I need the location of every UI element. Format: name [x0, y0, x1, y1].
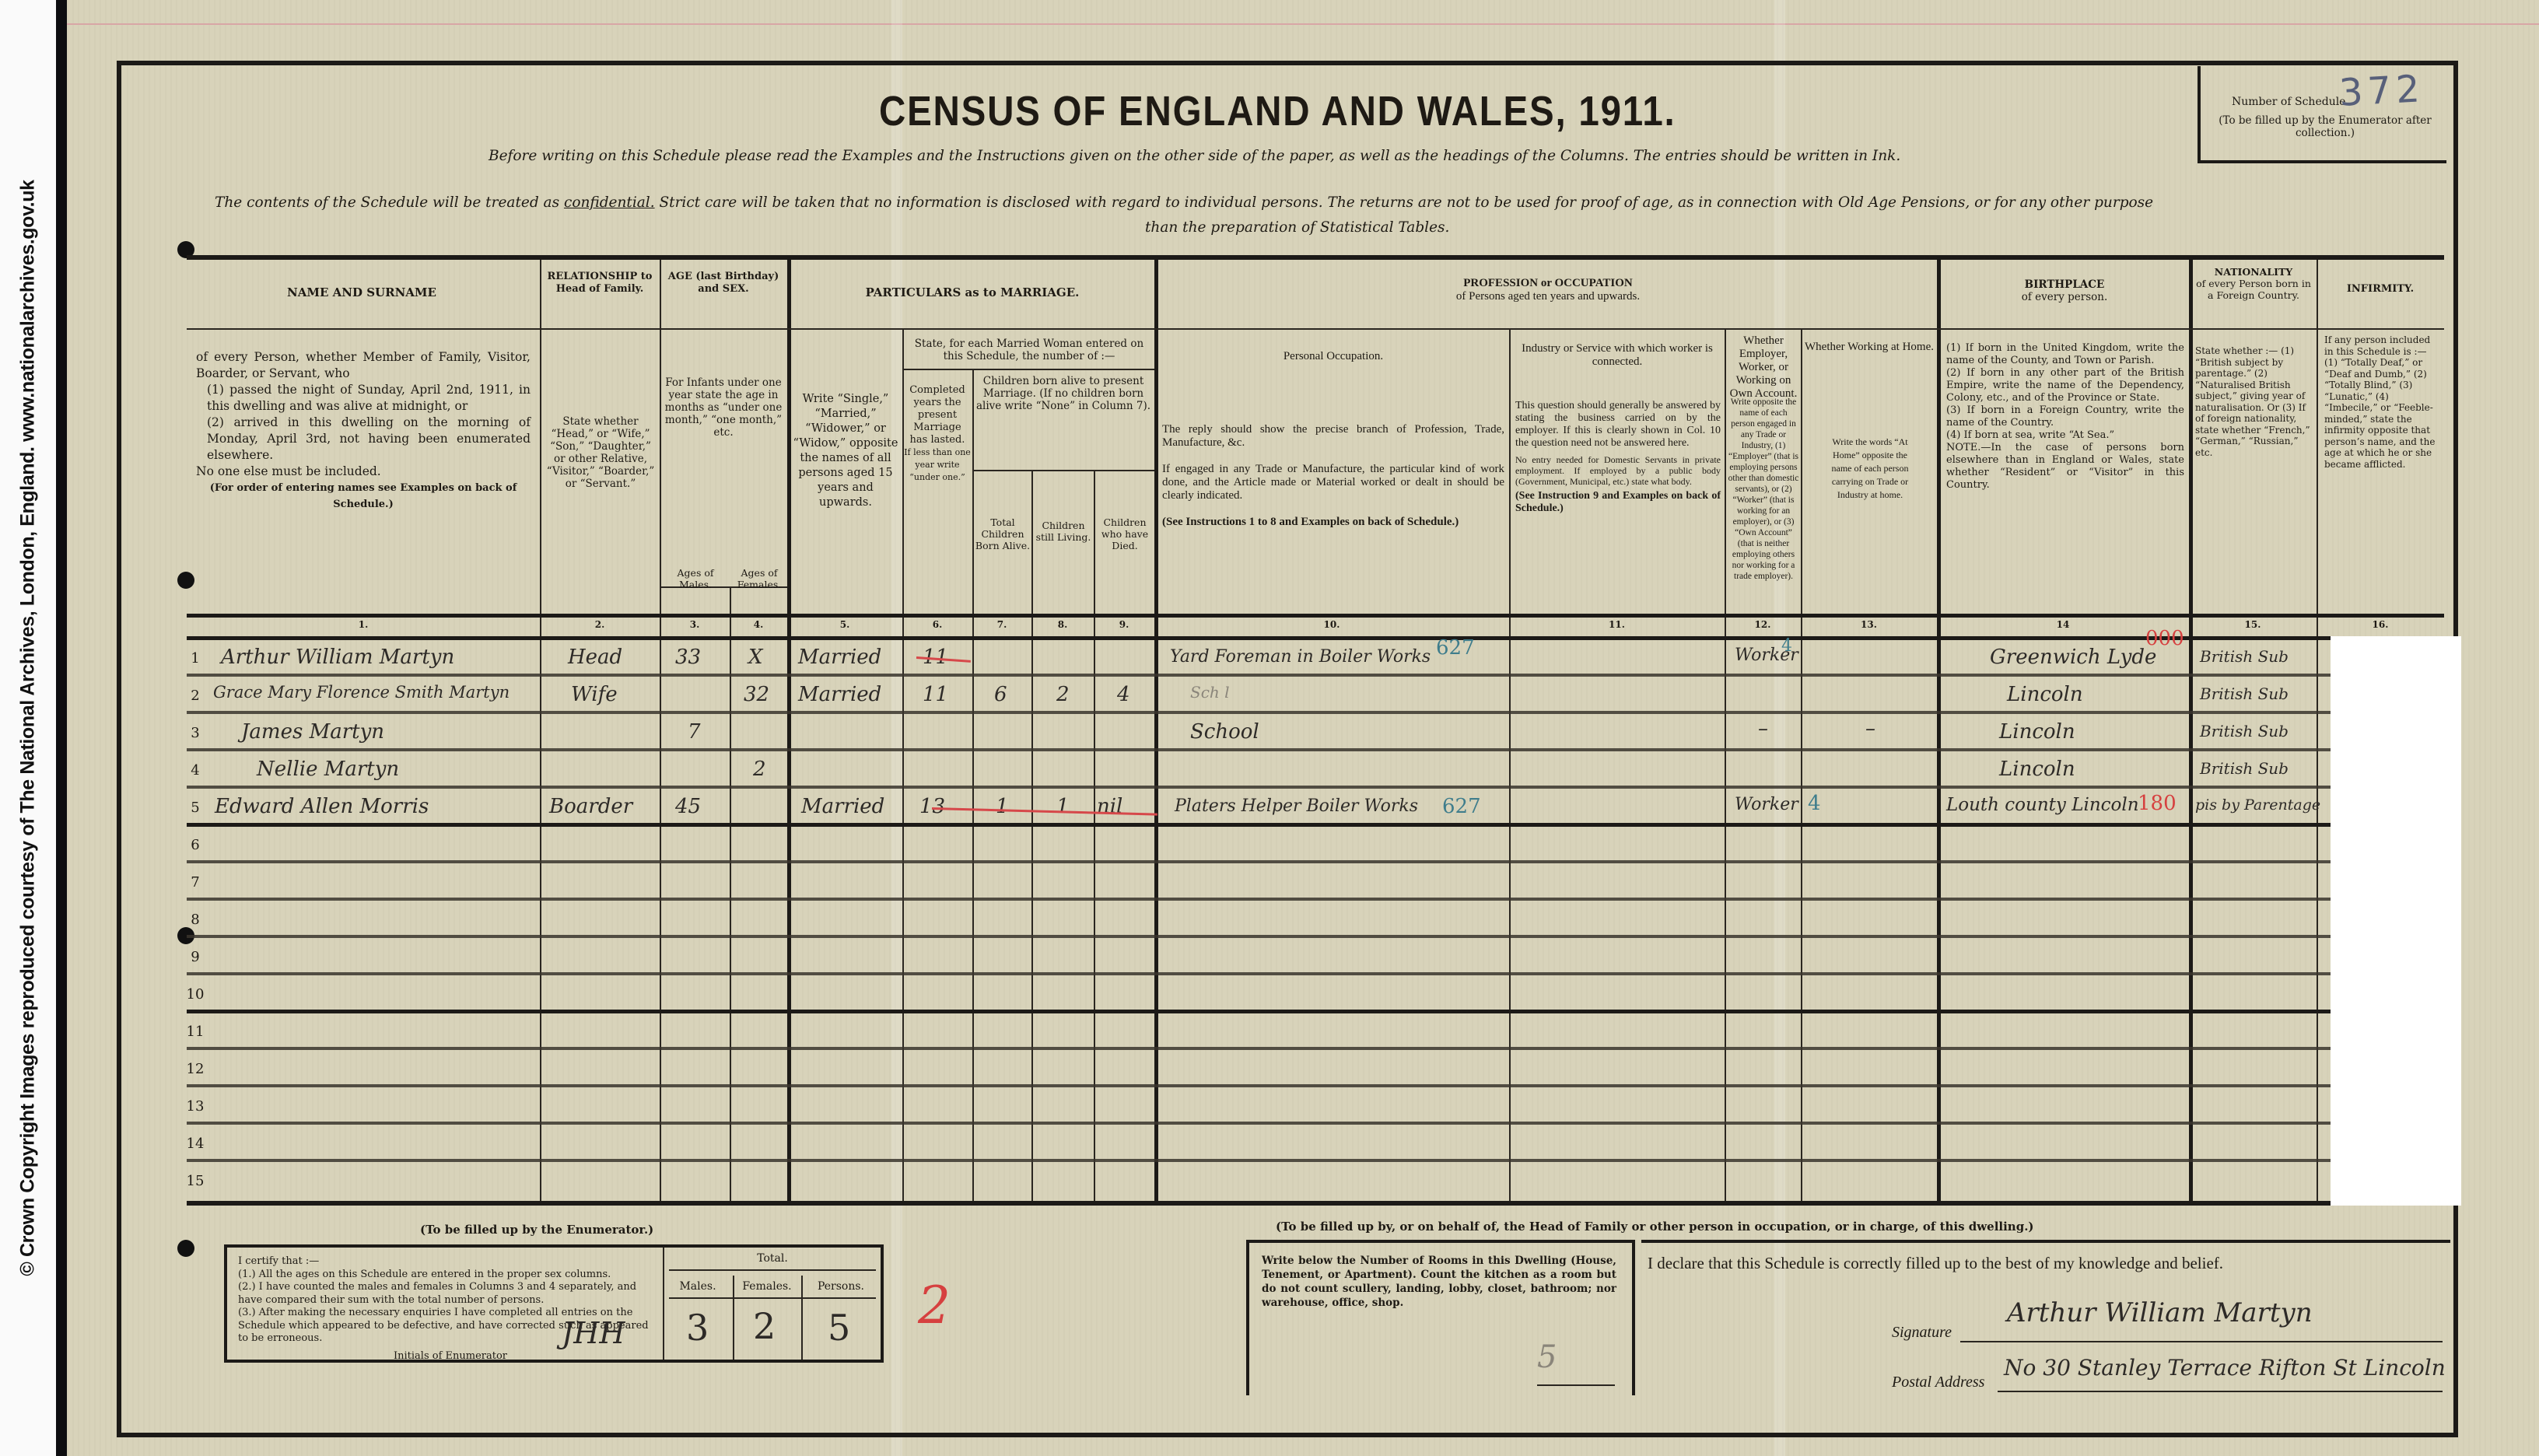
birthplace: Lincoln — [1999, 720, 2075, 744]
enumerator-initials: JHH — [562, 1316, 625, 1350]
total-males: 3 — [686, 1307, 709, 1349]
schedule-number-value: 372 — [2338, 67, 2425, 115]
person-name: James Martyn — [241, 720, 384, 744]
postal-address-label: Postal Address — [1892, 1374, 1984, 1391]
age-female: X — [748, 646, 763, 669]
col-number: 3. — [660, 619, 730, 630]
employment-code: 4 — [1808, 792, 1821, 815]
col-number: 10. — [1154, 619, 1509, 630]
children-died: 4 — [1117, 683, 1130, 706]
col-infirmity-body: If any person included in this Schedule … — [2324, 334, 2438, 470]
census-table: NAME AND SURNAME of every Person, whethe… — [187, 255, 2444, 1206]
col-children-group: Children born alive to present Marriage.… — [975, 375, 1151, 412]
rooms-instruction: Write below the Number of Rooms in this … — [1262, 1254, 1616, 1310]
col-infirmity-title: INFIRMITY. — [2320, 283, 2441, 296]
age-female: 32 — [744, 683, 769, 706]
children-living: 2 — [1056, 683, 1070, 706]
pink-rule — [67, 23, 2539, 25]
col-number: 6. — [902, 619, 972, 630]
col-number: 9. — [1094, 619, 1154, 630]
col-marriage-condition: Write “Single,” “Married,” “Widower,” or… — [790, 392, 901, 510]
col-home: Whether Working at Home. — [1803, 341, 1935, 354]
copyright-strip: © Crown Copyright Images reproduced cour… — [0, 0, 56, 1456]
person-name: Edward Allen Morris — [215, 795, 429, 818]
col-birthplace-title: BIRTHPLACEof every person. — [1942, 278, 2187, 303]
occupation-code: 627 — [1442, 795, 1481, 818]
employment-code: 4 — [1781, 636, 1792, 656]
person-name: Nellie Martyn — [257, 758, 399, 781]
nationality: British Sub — [2200, 722, 2289, 740]
relationship: Head — [568, 646, 622, 669]
children-born-alive: 1 — [996, 795, 1009, 818]
occupation: Sch l — [1190, 683, 1230, 702]
row-number: 11 — [184, 1024, 207, 1040]
occupation: Platers Helper Boiler Works — [1175, 796, 1418, 816]
row-number: 12 — [184, 1061, 207, 1077]
col-number: 12. — [1725, 619, 1801, 630]
postal-address: No 30 Stanley Terrace Rifton St Lincoln — [2004, 1355, 2446, 1381]
col-number: 4. — [730, 619, 787, 630]
row-number: 3 — [184, 725, 207, 741]
col-number: 16. — [2317, 619, 2444, 630]
col-home-body: Write the words “At Home” opposite the n… — [1830, 436, 1910, 502]
person-name: Arthur William Martyn — [221, 646, 454, 669]
rooms-count: 5 — [1537, 1339, 1557, 1375]
col-age-males: Ages of Males. — [663, 567, 728, 590]
children-born-alive: 6 — [994, 683, 1007, 706]
age-female: 2 — [753, 758, 766, 781]
confidential-pre: The contents of the Schedule will be tre… — [215, 194, 564, 211]
relationship: Boarder — [549, 795, 632, 818]
employment-status: – — [1758, 717, 1768, 740]
col-name-body: of every Person, whether Member of Famil… — [196, 349, 531, 513]
nationality: British Sub — [2200, 647, 2289, 666]
nationality: British Sub — [2200, 684, 2289, 703]
row-number: 14 — [184, 1136, 207, 1152]
birthplace-code: 180 — [2138, 792, 2177, 815]
confidential-notice: The contents of the Schedule will be tre… — [215, 194, 2153, 211]
col-personal-occupation: Personal Occupation. — [1159, 350, 1508, 363]
years-married: 11 — [923, 683, 948, 706]
marital-condition: Married — [798, 683, 881, 706]
col-employer-body: Write opposite the name of each person e… — [1727, 397, 1800, 582]
col-personal-body: The reply should show the precise branch… — [1162, 423, 1504, 529]
col-age-females: Ages of Females. — [731, 567, 787, 590]
row-number: 4 — [184, 762, 207, 779]
working-at-home: – — [1865, 717, 1875, 740]
col-industry: Industry or Service with which worker is… — [1512, 342, 1722, 369]
confidential-notice-line2: than the preparation of Statistical Tabl… — [1145, 219, 1449, 236]
person-name: Grace Mary Florence Smith Martyn — [213, 683, 510, 702]
total-label: Total. — [664, 1252, 881, 1265]
declaration-text: I declare that this Schedule is correctl… — [1648, 1254, 2223, 1273]
totals-panel: Total. Males. Females. Persons. 3 2 5 — [663, 1248, 881, 1360]
row-number: 5 — [184, 800, 207, 816]
schedule-number-box: Number of Schedule 372 (To be filled up … — [2198, 66, 2446, 163]
row-number: 13 — [184, 1098, 207, 1115]
col-number: 13. — [1801, 619, 1937, 630]
redacted-infirmity-column — [2331, 636, 2461, 1206]
col-name-title: NAME AND SURNAME — [233, 286, 490, 299]
page-title: CENSUS OF ENGLAND AND WALES, 1911. — [879, 87, 1676, 135]
total-persons: 5 — [828, 1307, 850, 1349]
birthplace: Lincoln — [2007, 683, 2083, 706]
head-of-family-heading: (To be filled up by, or on behalf of, th… — [1276, 1220, 2034, 1234]
nationality: British Sub — [2200, 759, 2289, 778]
row-number: 15 — [184, 1173, 207, 1189]
col-nationality-body: State whether :— (1) “British subject by… — [2195, 345, 2313, 458]
rooms-box: Write below the Number of Rooms in this … — [1246, 1240, 1635, 1395]
red-strike — [932, 807, 1157, 816]
col-number: 11. — [1509, 619, 1725, 630]
row-number: 8 — [184, 912, 207, 928]
males-label: Males. — [664, 1280, 731, 1293]
col-age-title: AGE (last Birthday) and SEX. — [663, 271, 784, 296]
col-number: 8. — [1031, 619, 1094, 630]
col-marriage-years: Completed years the present Marriage has… — [904, 384, 971, 484]
years-married: 13 — [919, 795, 945, 818]
signature-label: Signature — [1892, 1324, 1952, 1342]
confidential-post: Strict care will be taken that no inform… — [655, 194, 2154, 211]
col-number: 15. — [2189, 619, 2317, 630]
col-age-body: For Infants under one year state the age… — [664, 376, 783, 439]
nationality: pis by Parentage — [2195, 796, 2320, 814]
scan-edge — [56, 0, 67, 1456]
row-number: 10 — [184, 986, 207, 1003]
relationship: Wife — [571, 683, 618, 706]
marital-condition: Married — [798, 646, 881, 669]
occupation: School — [1190, 720, 1259, 744]
col-relationship-title: RELATIONSHIP to Head of Family. — [543, 271, 657, 296]
col-number: 1. — [187, 619, 540, 630]
birthplace: Greenwich Lyde — [1990, 646, 2156, 669]
punch-hole-icon — [177, 1240, 194, 1257]
marital-condition: Married — [801, 795, 884, 818]
declaration-panel: I declare that this Schedule is correctl… — [1641, 1240, 2450, 1395]
confidential-word: confidential. — [564, 194, 655, 211]
col-occupation-title: PROFESSION or OCCUPATIONof Persons aged … — [1159, 277, 1937, 303]
age-male: 45 — [675, 795, 701, 818]
enumerator-certificate: I certify that :— (1.) All the ages on t… — [224, 1244, 884, 1363]
col-employer: Whether Employer, Worker, or Working on … — [1727, 334, 1800, 401]
col-have-died: Children who have Died. — [1095, 516, 1154, 551]
persons-label: Persons. — [803, 1280, 879, 1293]
col-relationship-body: State whether “Head,” or “Wife,” “Son,” … — [546, 415, 655, 490]
row-number: 2 — [184, 688, 207, 704]
age-male: 33 — [675, 646, 701, 669]
row-number: 7 — [184, 874, 207, 891]
occupation: Yard Foreman in Boiler Works — [1170, 647, 1431, 667]
col-nationality-title: NATIONALITYof every Person born in a For… — [2192, 266, 2315, 301]
red-mark: 2 — [918, 1276, 951, 1335]
females-label: Females. — [734, 1280, 800, 1293]
col-industry-body: This question should generally be answer… — [1515, 400, 1721, 515]
children-died: nil — [1097, 795, 1122, 818]
col-number: 2. — [540, 619, 660, 630]
birthplace: Lincoln — [1999, 758, 2075, 781]
birthplace: Louth county Lincoln — [1946, 795, 2139, 815]
col-born-alive: Total Children Born Alive. — [974, 516, 1031, 551]
col-number: 5. — [787, 619, 902, 630]
col-number: 7. — [972, 619, 1031, 630]
col-birthplace-body: (1) If born in the United Kingdom, write… — [1946, 342, 2184, 492]
col-marriage-title: PARTICULARS as to MARRIAGE. — [793, 286, 1151, 299]
row-number: 1 — [184, 650, 207, 667]
employment-status: Worker — [1735, 795, 1798, 814]
row-number: 9 — [184, 949, 207, 965]
copyright-credit: © Crown Copyright Images reproduced cour… — [17, 180, 40, 1276]
schedule-number-note: (To be filled up by the Enumerator after… — [2208, 114, 2442, 139]
col-still-living: Children still Living. — [1033, 520, 1094, 543]
total-females: 2 — [753, 1305, 776, 1347]
children-living: 1 — [1056, 795, 1070, 818]
col-married-woman: State, for each Married Woman entered on… — [907, 338, 1151, 362]
instruction-line: Before writing on this Schedule please r… — [489, 148, 1900, 164]
row-number: 6 — [184, 837, 207, 853]
schedule-number-label: Number of Schedule — [2232, 96, 2345, 108]
signature: Arthur William Martyn — [2007, 1297, 2313, 1328]
age-male: 7 — [688, 720, 701, 744]
enumerator-heading: (To be filled up by the Enumerator.) — [420, 1223, 653, 1237]
occupation-code: 627 — [1436, 636, 1475, 660]
birthplace-code: 000 — [2145, 627, 2184, 650]
